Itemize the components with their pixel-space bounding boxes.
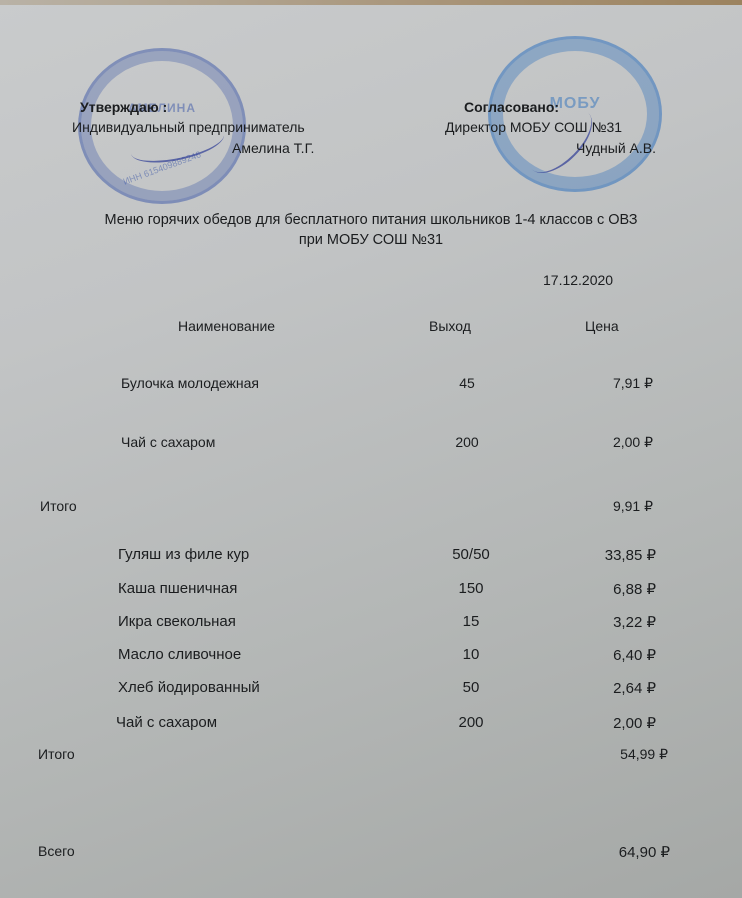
grand-total-label: Всего (38, 843, 75, 859)
document-title-line2: при МОБУ СОШ №31 (0, 232, 742, 248)
item-price: 6,40 ₽ (556, 646, 656, 664)
item-price: 7,91 ₽ (553, 375, 653, 392)
agreement-position: Директор МОБУ СОШ №31 (445, 119, 622, 135)
item-name: Каша пшеничная (118, 580, 237, 597)
header-qty: Выход (429, 318, 471, 334)
item-price: 2,00 ₽ (556, 714, 656, 732)
item-name: Гуляш из филе кур (118, 546, 249, 563)
item-price: 33,85 ₽ (556, 546, 656, 564)
item-qty: 10 (431, 646, 511, 663)
agreement-name: Чудный А.В. (576, 140, 656, 156)
subtotal-price: 9,91 ₽ (553, 498, 653, 515)
item-name: Хлеб йодированный (118, 679, 260, 696)
item-qty: 200 (431, 714, 511, 731)
item-price: 3,22 ₽ (556, 613, 656, 631)
item-name: Масло сливочное (118, 646, 241, 663)
subtotal-price: 54,99 ₽ (568, 746, 668, 763)
document-title-line1: Меню горячих обедов для бесплатного пита… (0, 212, 742, 228)
table-edge (0, 0, 742, 5)
item-name: Булочка молодежная (121, 375, 259, 391)
item-qty: 15 (431, 613, 511, 630)
agreement-label: Согласовано: (464, 99, 559, 115)
subtotal-label: Итого (40, 498, 77, 514)
grand-total-price: 64,90 ₽ (570, 843, 670, 861)
item-qty: 45 (427, 375, 507, 391)
menu-date: 17.12.2020 (543, 272, 613, 288)
header-name: Наименование (178, 318, 275, 334)
item-name: Чай с сахаром (116, 714, 217, 731)
item-qty: 200 (427, 434, 507, 450)
subtotal-label: Итого (38, 746, 75, 762)
approval-name: Амелина Т.Г. (232, 140, 314, 156)
item-name: Чай с сахаром (121, 434, 215, 450)
item-price: 2,00 ₽ (553, 434, 653, 451)
item-qty: 50 (431, 679, 511, 696)
item-price: 6,88 ₽ (556, 580, 656, 598)
item-qty: 150 (431, 580, 511, 597)
item-name: Икра свекольная (118, 613, 236, 630)
item-qty: 50/50 (431, 546, 511, 563)
approval-label: Утверждаю : (80, 99, 167, 115)
item-price: 2,64 ₽ (556, 679, 656, 697)
header-price: Цена (585, 318, 619, 334)
approval-position: Индивидуальный предприниматель (72, 119, 305, 135)
